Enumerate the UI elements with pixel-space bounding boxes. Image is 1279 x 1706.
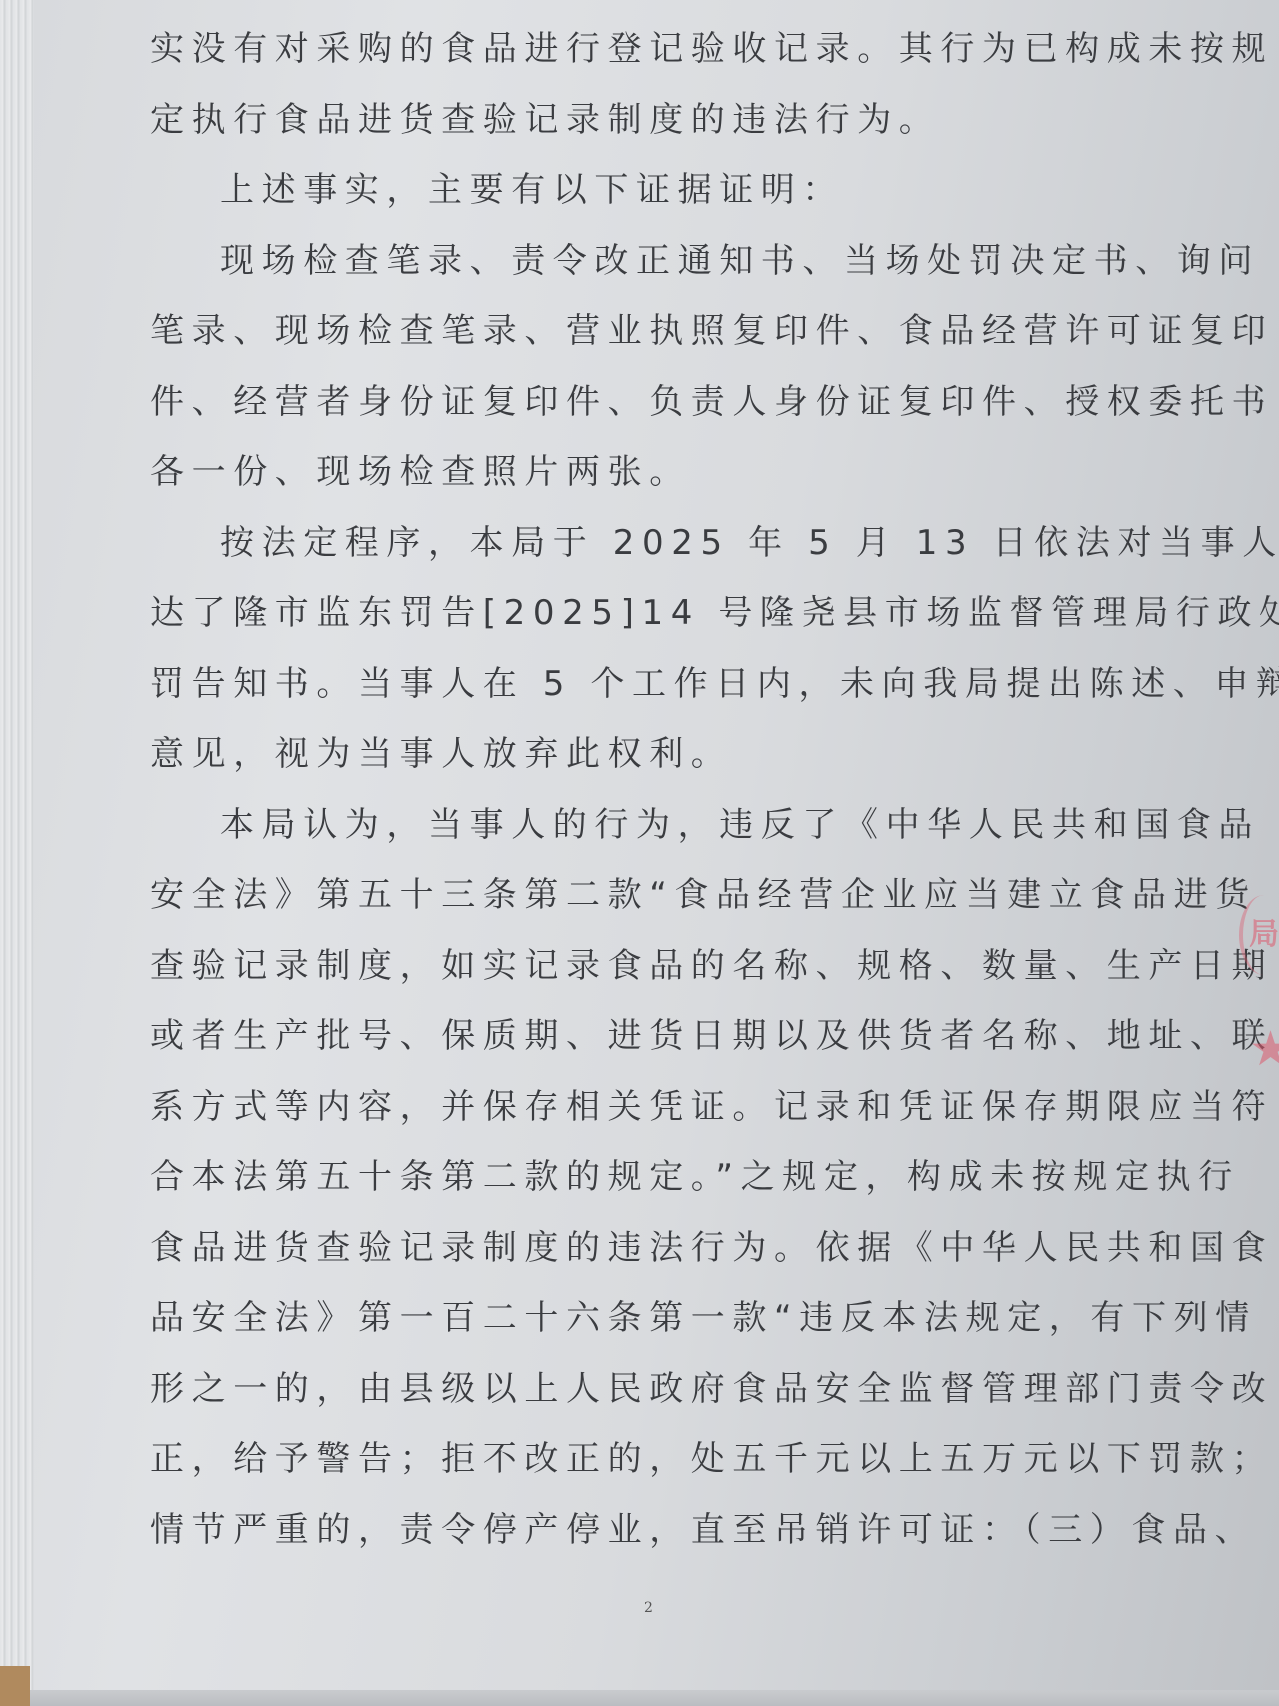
text-line: 定执行食品进货查验记录制度的违法行为。 xyxy=(150,85,1150,156)
paper-stack-edge xyxy=(0,0,35,1690)
paragraph-evidence-list: 现场检查笔录、责令改正通知书、当场处罚决定书、询问 笔录、现场检查笔录、营业执照… xyxy=(150,226,1150,508)
paragraph-evidence-intro: 上述事实，主要有以下证据证明： xyxy=(150,155,1150,226)
text-line: 按法定程序，本局于 2025 年 5 月 13 日依法对当事人送 xyxy=(150,508,1150,579)
text-line: 正，给予警告；拒不改正的，处五千元以上五万元以下罚款； xyxy=(150,1424,1150,1495)
photo-scene: 实没有对采购的食品进行登记验收记录。其行为已构成未按规 定执行食品进货查验记录制… xyxy=(0,0,1279,1706)
text-line: 安全法》第五十三条第二款“食品经营企业应当建立食品进货 xyxy=(150,860,1150,931)
page-number: 2 xyxy=(644,1600,653,1616)
paragraph-legal-basis: 本局认为，当事人的行为，违反了《中华人民共和国食品 安全法》第五十三条第二款“食… xyxy=(150,790,1150,1566)
paragraph-violation-conclusion: 实没有对采购的食品进行登记验收记录。其行为已构成未按规 定执行食品进货查验记录制… xyxy=(150,14,1150,155)
seal-star-icon: ★ xyxy=(1249,1025,1279,1073)
text-line: 各一份、现场检查照片两张。 xyxy=(150,437,1150,508)
text-line: 品安全法》第一百二十六条第一款“违反本法规定，有下列情 xyxy=(150,1283,1150,1354)
desk-surface xyxy=(0,1666,30,1706)
text-line: 现场检查笔录、责令改正通知书、当场处罚决定书、询问 xyxy=(150,226,1150,297)
text-line: 情节严重的，责令停产停业，直至吊销许可证：（三）食品、 xyxy=(150,1495,1150,1566)
text-line: 形之一的，由县级以上人民政府食品安全监督管理部门责令改 xyxy=(150,1354,1150,1425)
document-body: 实没有对采购的食品进行登记验收记录。其行为已构成未按规 定执行食品进货查验记录制… xyxy=(150,14,1150,1565)
text-line: 查验记录制度，如实记录食品的名称、规格、数量、生产日期 xyxy=(150,931,1150,1002)
text-line: 意见，视为当事人放弃此权利。 xyxy=(150,719,1150,790)
text-line: 本局认为，当事人的行为，违反了《中华人民共和国食品 xyxy=(150,790,1150,861)
text-line: 达了隆市监东罚告[2025]14 号隆尧县市场监督管理局行政处 xyxy=(150,578,1150,649)
paragraph-procedure: 按法定程序，本局于 2025 年 5 月 13 日依法对当事人送 达了隆市监东罚… xyxy=(150,508,1150,790)
text-line: 实没有对采购的食品进行登记验收记录。其行为已构成未按规 xyxy=(150,14,1150,85)
text-line: 笔录、现场检查笔录、营业执照复印件、食品经营许可证复印 xyxy=(150,296,1150,367)
text-line: 系方式等内容，并保存相关凭证。记录和凭证保存期限应当符 xyxy=(150,1072,1150,1143)
text-line: 件、经营者身份证复印件、负责人身份证复印件、授权委托书 xyxy=(150,367,1150,438)
document-page: 实没有对采购的食品进行登记验收记录。其行为已构成未按规 定执行食品进货查验记录制… xyxy=(34,0,1279,1690)
text-line: 上述事实，主要有以下证据证明： xyxy=(150,155,1150,226)
text-line: 或者生产批号、保质期、进货日期以及供货者名称、地址、联 xyxy=(150,1001,1150,1072)
text-line: 食品进货查验记录制度的违法行为。依据《中华人民共和国食 xyxy=(150,1213,1150,1284)
text-line: 罚告知书。当事人在 5 个工作日内，未向我局提出陈述、申辩 xyxy=(150,649,1150,720)
paper-bottom-edge xyxy=(0,1690,1279,1706)
text-line: 合本法第五十条第二款的规定。”之规定，构成未按规定执行 xyxy=(150,1142,1150,1213)
